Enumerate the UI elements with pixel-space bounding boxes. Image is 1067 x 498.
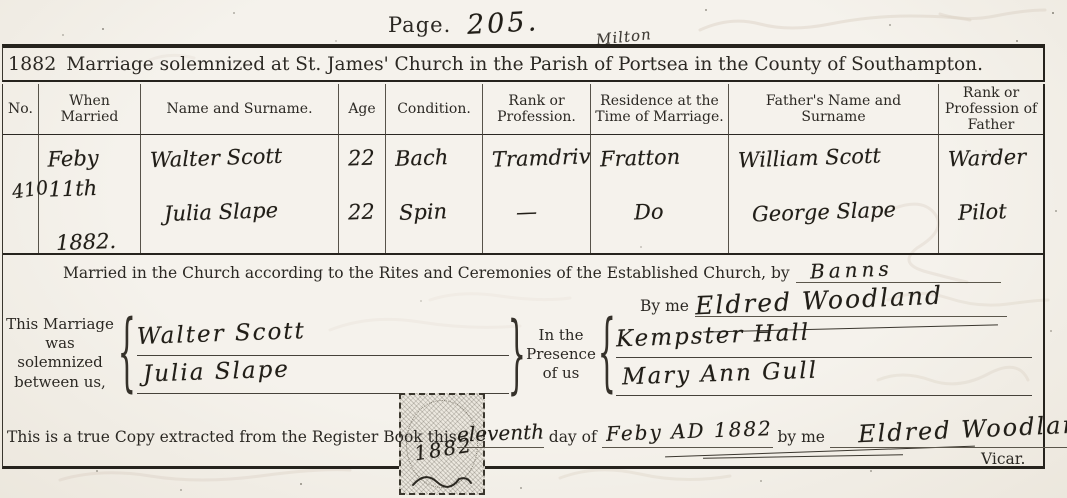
rites-line: Married in the Church according to the R… — [63, 258, 1001, 283]
paper-speckles — [0, 0, 2, 2]
day-of-label: day of — [544, 428, 602, 448]
presence-label-line: of us — [524, 364, 598, 383]
marriage-register-table: No. When Married Name and Surname. Age C… — [2, 84, 1045, 255]
vicar-signature-line: Eldred Woodland — [830, 415, 1067, 448]
groom-profession: Tramdriv — [492, 141, 592, 174]
certificate-title-bar: 1882 Marriage solemnized at St. James' C… — [2, 44, 1045, 82]
page-number-block: Page. 205. — [388, 8, 539, 39]
marriage-label-line: was — [3, 334, 117, 353]
groom-signature: Walter Scott — [137, 318, 307, 350]
col-header-when-married: When Married — [39, 84, 141, 135]
marriage-method-handwritten: Banns — [809, 257, 892, 284]
cell-fathers-professions: Warder Pilot — [939, 135, 1043, 253]
marriage-label-line: This Marriage — [3, 315, 117, 334]
col-header-residence: Residence at the Time of Marriage. — [591, 84, 729, 135]
marriage-solemnized-label: This Marriage was solemnized between us, — [3, 315, 117, 392]
bride-residence: Do — [633, 196, 664, 227]
officiant-signature-line: Eldred Woodland — [695, 286, 1007, 317]
by-me-line: By me Eldred Woodland — [640, 286, 1007, 317]
rites-method-line: Banns — [796, 258, 1001, 283]
marriage-label-line: solemnized — [3, 353, 117, 372]
groom-age: 22 — [347, 143, 375, 174]
col-header-condition: Condition. — [386, 84, 483, 135]
certificate-page: Page. 205. Milton 1882 Marriage solemniz… — [0, 0, 1067, 498]
groom-condition: Bach — [394, 142, 448, 174]
witness-signature-1: Kempster Hall — [616, 320, 811, 353]
bride-age: 22 — [347, 197, 375, 228]
vicar-signature: Eldred Woodland — [857, 410, 1067, 448]
vicar-label: Vicar. — [981, 450, 1025, 468]
cell-professions: Tramdriv — — [483, 135, 591, 253]
col-header-fathers-name: Father's Name and Surname — [729, 84, 939, 135]
bride-father-name: George Slape — [752, 194, 897, 229]
presence-label-line: Presence — [524, 345, 598, 364]
bride-profession: — — [515, 197, 537, 228]
by-me-label: By me — [640, 297, 689, 317]
groom-father-name: William Scott — [738, 141, 882, 176]
cell-residences: Fratton Do — [591, 135, 729, 253]
groom-name: Walter Scott — [150, 141, 283, 176]
col-header-rank-profession: Rank or Profession. — [483, 84, 591, 135]
marriage-label-line: between us, — [3, 373, 117, 392]
day-word-line: eleventh — [457, 421, 544, 448]
groom-father-profession: Warder — [948, 142, 1027, 175]
presence-label-line: In the — [524, 326, 598, 345]
date-handwritten: Feby AD 1882 — [605, 416, 773, 446]
rites-text: Married in the Church according to the R… — [63, 264, 790, 283]
bride-signature: Julia Slape — [143, 356, 291, 387]
day-word-handwritten: eleventh — [456, 419, 544, 446]
title-pre: Marriage solemnized at St. James' Church… — [66, 54, 594, 75]
cell-when-married: Feby 11th 1882. — [39, 135, 141, 253]
page-label-text: Page. — [388, 13, 451, 37]
col-header-name-surname: Name and Surname. — [141, 84, 339, 135]
marriage-date-day: Feby 11th — [47, 141, 139, 204]
true-copy-declaration: This is a true Copy extracted from the R… — [7, 415, 1015, 448]
title-post: in the County of Southampton. — [689, 54, 983, 75]
col-header-no: No. — [3, 84, 39, 135]
parish-name: of Portsea — [594, 54, 688, 75]
opening-brace — [118, 303, 136, 403]
witness-signature-2: Mary Ann Gull — [622, 358, 819, 391]
table-header-row: No. When Married Name and Surname. Age C… — [3, 84, 1043, 135]
groom-signature-line: Walter Scott — [137, 321, 509, 356]
certificate-lower-section: Married in the Church according to the R… — [2, 253, 1045, 469]
certificate-title: Marriage solemnized at St. James' Church… — [66, 54, 983, 75]
entry-number: 410 — [10, 173, 50, 208]
declaration-text: This is a true Copy extracted from the R… — [7, 428, 457, 448]
bride-name: Julia Slape — [164, 195, 279, 229]
cell-ages: 22 22 — [339, 135, 386, 253]
stamp-scribble — [409, 469, 475, 491]
page-number-handwritten: 205. — [466, 6, 540, 41]
cell-conditions: Bach Spin — [386, 135, 483, 253]
cell-entry-number: 410 — [3, 135, 39, 253]
bride-signature-line: Julia Slape — [137, 359, 509, 394]
officiant-signature: Eldred Woodland — [694, 281, 943, 321]
bride-condition: Spin — [398, 196, 447, 228]
cell-names: Walter Scott Julia Slape — [141, 135, 339, 253]
groom-residence: Fratton — [600, 142, 681, 175]
col-header-age: Age — [339, 84, 386, 135]
declaration-by-me-label: by me — [773, 428, 830, 448]
opening-brace — [598, 303, 616, 403]
witness-signature-line: Mary Ann Gull — [616, 361, 1032, 396]
cell-fathers-names: William Scott George Slape — [729, 135, 939, 253]
date-line: Feby AD 1882 — [602, 419, 773, 448]
table-entry-row: 410 Feby 11th 1882. Walter Scott Julia S… — [3, 135, 1043, 253]
bride-father-profession: Pilot — [957, 196, 1007, 228]
presence-label: In the Presence of us — [524, 326, 598, 384]
witness-signature-line: Kempster Hall — [616, 323, 1032, 358]
register-year: 1882 — [3, 53, 66, 75]
col-header-fathers-profession: Rank or Profession of Father — [939, 84, 1043, 135]
